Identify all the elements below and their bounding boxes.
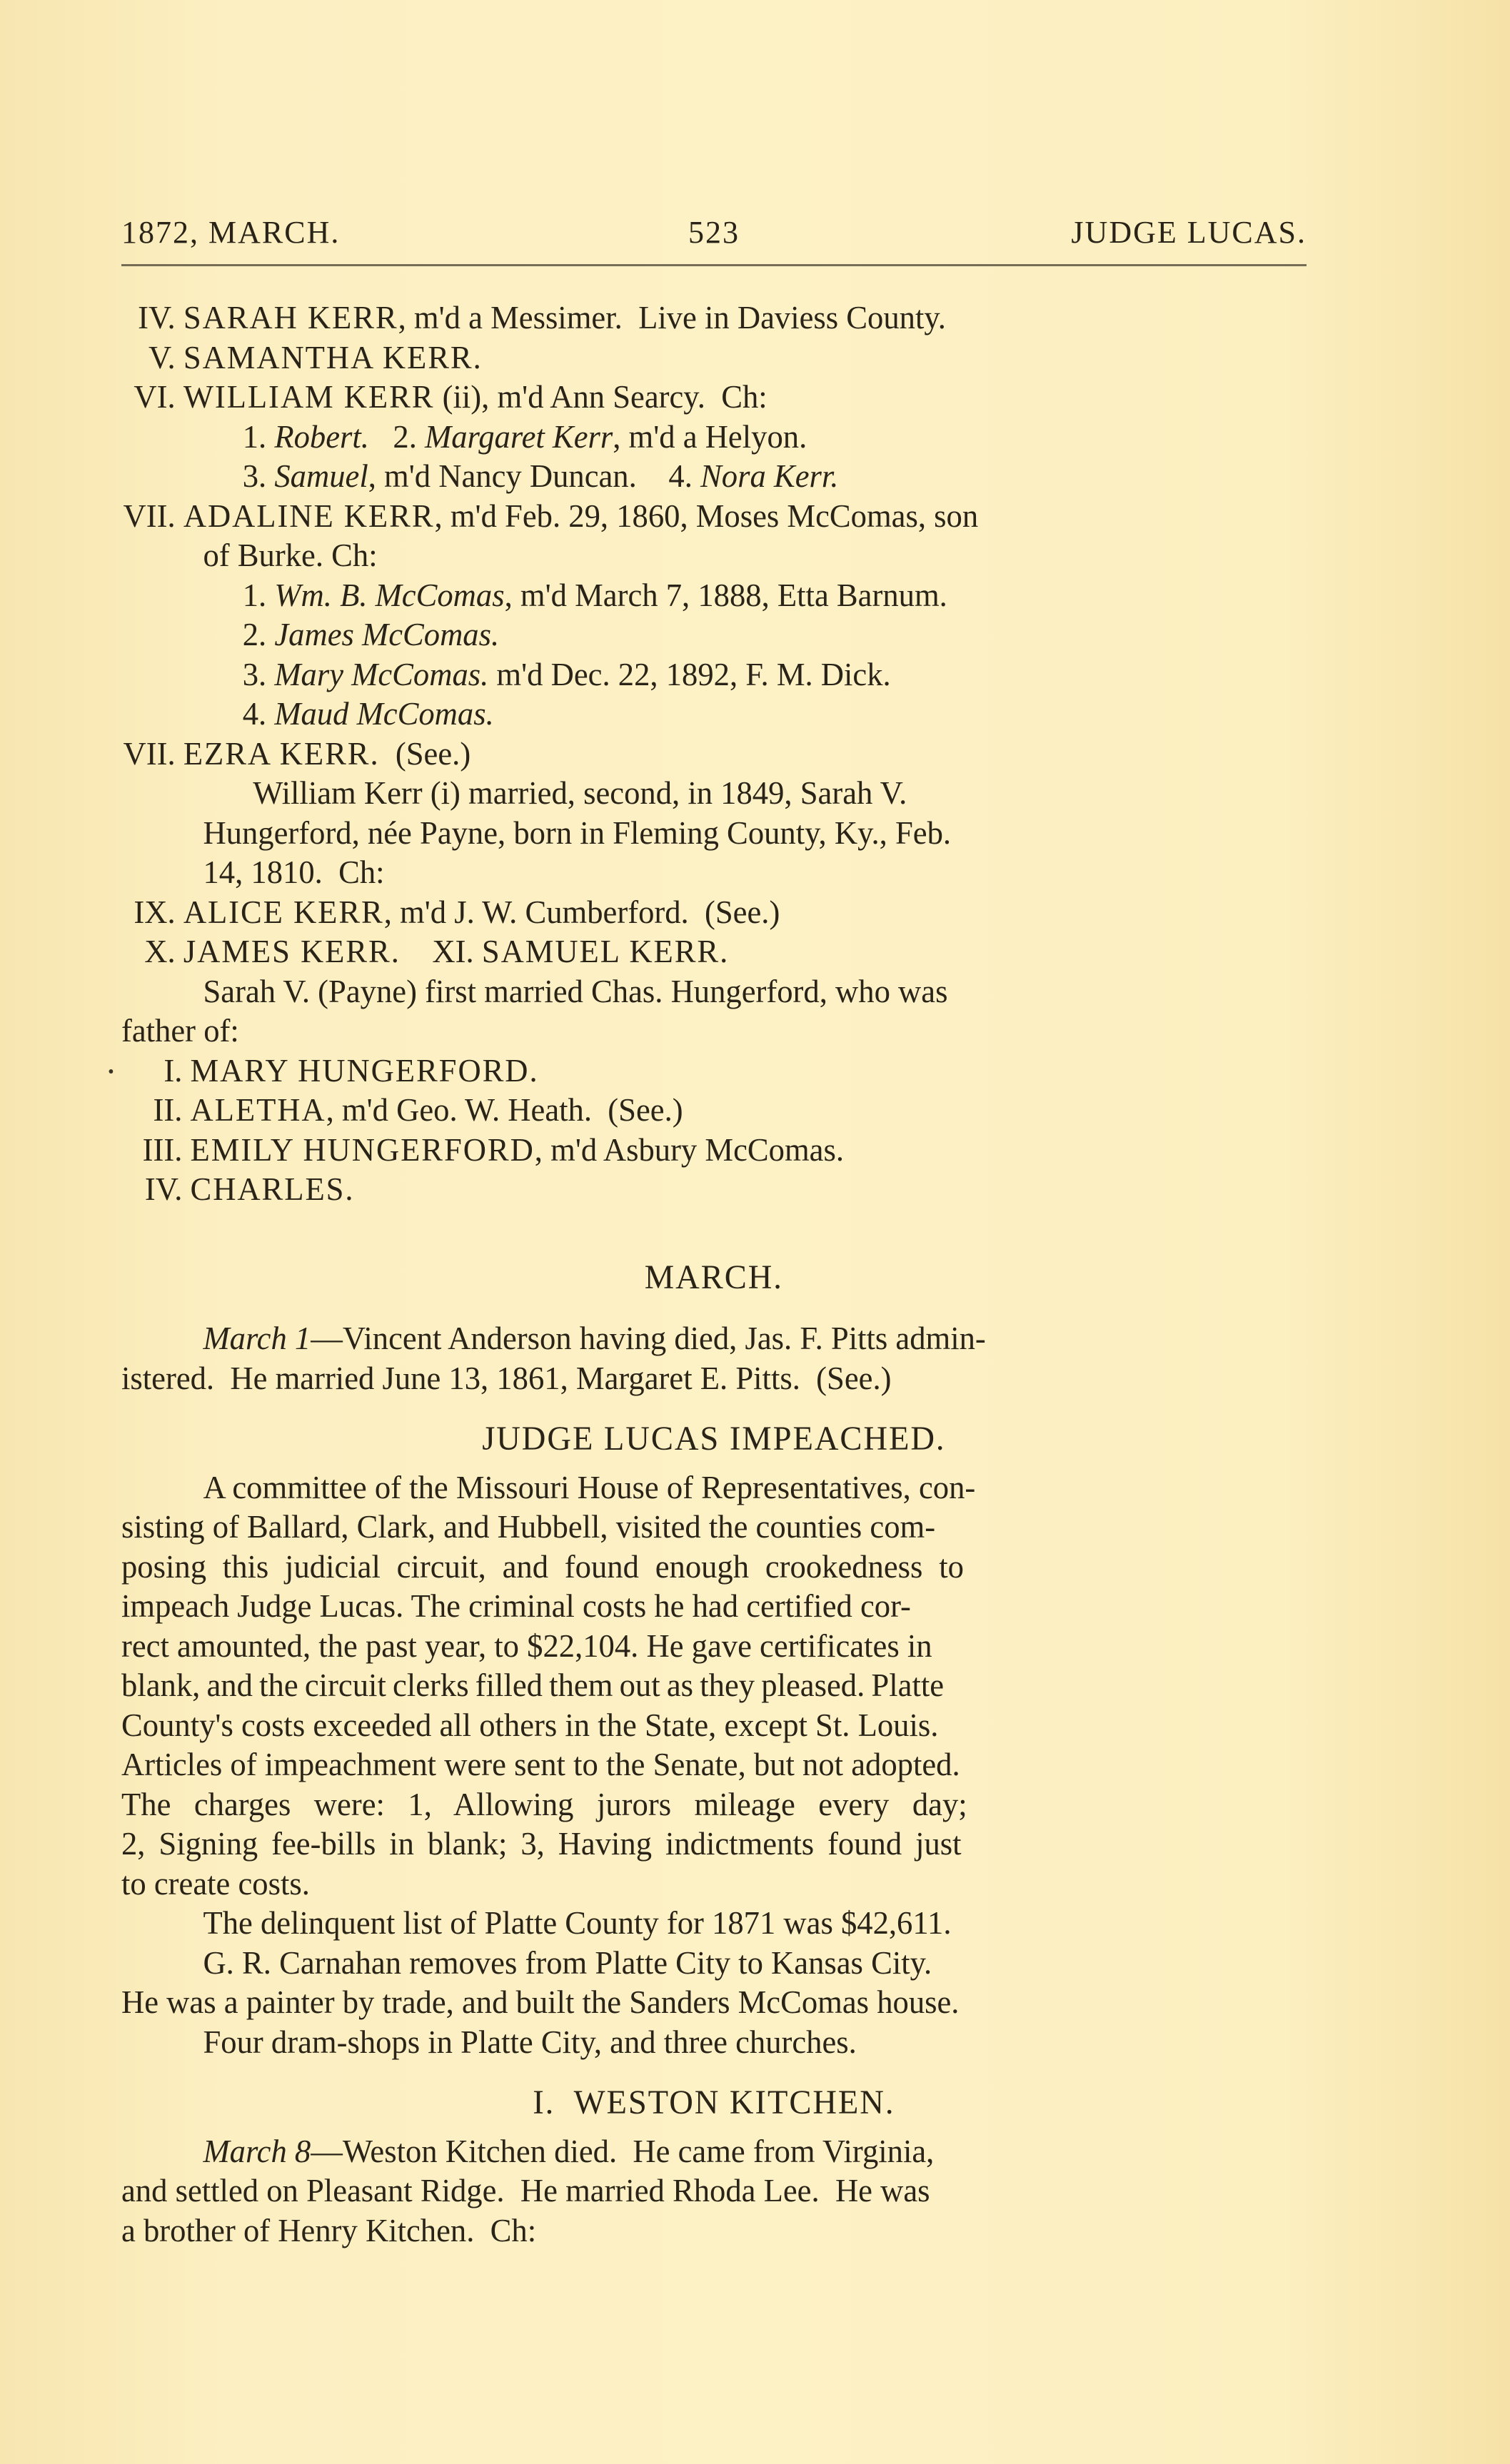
list-item-continuation: of Burke. Ch: <box>121 535 1307 575</box>
running-head: 1872, MARCH. 523 JUDGE LUCAS. <box>121 214 1307 257</box>
paragraph-line: 2, Signing fee-bills in blank; 3, Having… <box>121 1824 1307 1864</box>
paragraph-line: istered. He married June 13, 1861, Marga… <box>121 1358 1307 1398</box>
spacer <box>121 1398 1307 1419</box>
person-name: EZRA KERR. <box>183 735 380 772</box>
roman-numeral: IV. <box>121 1169 182 1209</box>
paragraph-line: Hungerford, née Payne, born in Fleming C… <box>121 813 1307 853</box>
paragraph-line: and settled on Pleasant Ridge. He marrie… <box>121 2171 1307 2211</box>
person-details: , m'd Feb. 29, 1860, Moses McComas, son <box>435 498 979 534</box>
spacer <box>121 1209 1307 1258</box>
list-item: II. ALETHA, m'd Geo. W. Heath. (See.) <box>121 1090 1307 1130</box>
roman-numeral: IV. <box>121 298 176 338</box>
child-number: 2. <box>243 616 266 652</box>
child-name: Margaret Kerr <box>425 418 613 455</box>
child-name: Robert. <box>274 418 369 455</box>
entry-text: —Weston Kitchen died. He came from Virgi… <box>311 2133 934 2169</box>
roman-numeral: II. <box>121 1090 182 1130</box>
children-line: 1. Robert. 2. Margaret Kerr, m'd a Helyo… <box>121 417 1307 457</box>
section-heading-march: MARCH. <box>121 1258 1307 1298</box>
list-item: VI. WILLIAM KERR (ii), m'd Ann Searcy. C… <box>121 377 1307 417</box>
paragraph-line: blank, and the circuit clerks filled the… <box>121 1665 1307 1705</box>
child-line: 2. James McComas. <box>121 615 1307 655</box>
child-number: 4. <box>243 695 266 732</box>
child-name: Samuel <box>274 458 368 494</box>
paragraph-line: William Kerr (i) married, second, in 184… <box>121 773 1307 813</box>
list-item: III. EMILY HUNGERFORD, m'd Asbury McComa… <box>121 1130 1307 1170</box>
running-head-title: JUDGE LUCAS. <box>1071 214 1307 251</box>
date-label: March 1 <box>203 1320 311 1356</box>
roman-numeral: IX. <box>121 892 176 932</box>
person-name: JAMES KERR. <box>183 933 401 969</box>
child-number: 2. <box>393 418 416 455</box>
person-name: EMILY HUNGERFORD <box>191 1131 535 1168</box>
child-line: 4. Maud McComas. <box>121 694 1307 734</box>
person-details: , m'd Asbury McComas. <box>535 1131 844 1168</box>
print-speck <box>109 1069 114 1074</box>
paragraph-line: impeach Judge Lucas. The criminal costs … <box>121 1586 1307 1626</box>
person-details: , m'd Geo. W. Heath. (See.) <box>326 1091 683 1128</box>
paragraph-line: father of: <box>121 1011 1307 1051</box>
spacer <box>121 1297 1307 1318</box>
section-heading-weston-kitchen: I. WESTON KITCHEN. <box>121 2083 1307 2123</box>
list-item: VII. ADALINE KERR, m'd Feb. 29, 1860, Mo… <box>121 496 1307 536</box>
roman-numeral: VI. <box>121 377 176 417</box>
person-details: , m'd J. W. Cumberford. (See.) <box>384 894 780 930</box>
person-name: SAMANTHA KERR. <box>183 339 483 375</box>
paragraph-line: G. R. Carnahan removes from Platte City … <box>121 1943 1307 1983</box>
paragraph-line: March 1—Vincent Anderson having died, Ja… <box>121 1318 1307 1358</box>
roman-numeral: XI. <box>432 933 473 969</box>
paragraph-line: He was a painter by trade, and built the… <box>121 1982 1307 2022</box>
person-name: ALICE KERR <box>183 894 384 930</box>
paragraph-line: posing this judicial circuit, and found … <box>121 1547 1307 1587</box>
list-item: IV. CHARLES. <box>121 1169 1307 1209</box>
child-number: 1. <box>243 418 266 455</box>
paragraph-line: The delinquent list of Platte County for… <box>121 1903 1307 1943</box>
child-number: 4. <box>668 458 692 494</box>
child-line: 1. Wm. B. McComas, m'd March 7, 1888, Et… <box>121 575 1307 615</box>
person-name: CHARLES. <box>191 1171 355 1207</box>
paragraph-line: March 8—Weston Kitchen died. He came fro… <box>121 2131 1307 2171</box>
child-line: 3. Mary McComas. m'd Dec. 22, 1892, F. M… <box>121 655 1307 695</box>
roman-numeral: III. <box>121 1130 182 1170</box>
paragraph-line: County's costs exceeded all others in th… <box>121 1705 1307 1745</box>
child-name: James McComas. <box>274 616 499 652</box>
child-name: Maud McComas. <box>274 695 493 732</box>
entry-text: —Vincent Anderson having died, Jas. F. P… <box>311 1320 986 1356</box>
list-item: VII. EZRA KERR. (See.) <box>121 734 1307 774</box>
list-item: X. JAMES KERR. XI. SAMUEL KERR. <box>121 931 1307 971</box>
person-details: , m'd a Messimer. Live in Daviess County… <box>398 299 946 335</box>
child-name: Mary McComas. <box>274 656 488 692</box>
spacer <box>121 2123 1307 2131</box>
person-details: (See.) <box>380 735 471 772</box>
spacer <box>121 2061 1307 2083</box>
paragraph-line: The charges were: 1, Allowing jurors mil… <box>121 1784 1307 1824</box>
children-line: 3. Samuel, m'd Nancy Duncan. 4. Nora Ker… <box>121 456 1307 496</box>
paragraph-line: rect amounted, the past year, to $22,104… <box>121 1626 1307 1666</box>
roman-numeral: I. <box>121 1051 182 1091</box>
child-details: , m'd March 7, 1888, Etta Barnum. <box>505 577 947 613</box>
person-name: ALETHA <box>191 1091 326 1128</box>
roman-numeral: V. <box>121 338 176 378</box>
roman-numeral: X. <box>121 931 176 971</box>
paragraph-line: sisting of Ballard, Clark, and Hubbell, … <box>121 1507 1307 1547</box>
page-body: IV. SARAH KERR, m'd a Messimer. Live in … <box>121 298 1307 2250</box>
child-details: , m'd a Helyon. <box>613 418 807 455</box>
person-name: ADALINE KERR <box>183 498 435 534</box>
paragraph-line: 14, 1810. Ch: <box>121 852 1307 892</box>
child-number: 1. <box>243 577 266 613</box>
person-name: SAMUEL KERR. <box>482 933 729 969</box>
paragraph-line: A committee of the Missouri House of Rep… <box>121 1468 1307 1508</box>
roman-numeral: VII. <box>121 496 176 536</box>
spacer <box>121 1459 1307 1468</box>
child-number: 3. <box>243 458 266 494</box>
child-name: Wm. B. McComas <box>274 577 504 613</box>
paragraph-line: a brother of Henry Kitchen. Ch: <box>121 2211 1307 2251</box>
person-details: (ii), m'd Ann Searcy. Ch: <box>435 378 767 415</box>
list-item: I. MARY HUNGERFORD. <box>121 1051 1307 1091</box>
list-item: V. SAMANTHA KERR. <box>121 338 1307 378</box>
person-name: MARY HUNGERFORD. <box>191 1052 539 1089</box>
list-item: IX. ALICE KERR, m'd J. W. Cumberford. (S… <box>121 892 1307 932</box>
date-label: March 8 <box>203 2133 311 2169</box>
section-heading-impeachment: JUDGE LUCAS IMPEACHED. <box>121 1419 1307 1459</box>
paragraph-line: Four dram-shops in Platte City, and thre… <box>121 2022 1307 2062</box>
list-item: IV. SARAH KERR, m'd a Messimer. Live in … <box>121 298 1307 338</box>
paragraph-line: Articles of impeachment were sent to the… <box>121 1745 1307 1784</box>
person-name: SARAH KERR <box>183 299 398 335</box>
roman-numeral: VII. <box>121 734 176 774</box>
child-details: m'd Dec. 22, 1892, F. M. Dick. <box>488 656 890 692</box>
paragraph-line: Sarah V. (Payne) first married Chas. Hun… <box>121 971 1307 1011</box>
header-rule <box>121 264 1307 266</box>
child-name: Nora Kerr. <box>700 458 838 494</box>
person-name: WILLIAM KERR <box>183 378 435 415</box>
book-page: 1872, MARCH. 523 JUDGE LUCAS. IV. SARAH … <box>121 214 1307 2250</box>
paragraph-line: to create costs. <box>121 1864 1307 1904</box>
child-details: , m'd Nancy Duncan. <box>368 458 637 494</box>
child-number: 3. <box>243 656 266 692</box>
